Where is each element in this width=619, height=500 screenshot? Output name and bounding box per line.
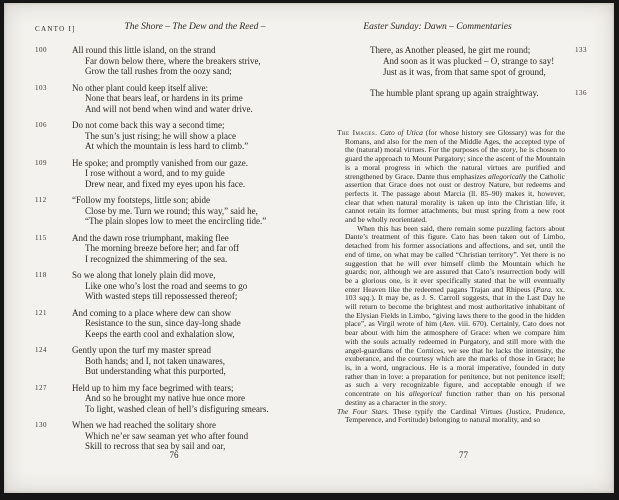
commentary-text: The Four Stars. — [337, 407, 389, 416]
verse-line: The morning breeze before her; and far o… — [72, 243, 315, 254]
verse-tercet: 103 No other plant could keep itself ali… — [33, 83, 315, 115]
verse-lines: All round this little island, on the str… — [72, 45, 315, 77]
verse-lines: So we along that lonely plain did move,L… — [72, 270, 315, 302]
verse-line: “Follow my footsteps, little son; abide — [72, 195, 315, 206]
verse-line: He spoke; and promptly vanished from our… — [72, 158, 315, 169]
verse-line: No other plant could keep itself alive: — [72, 83, 315, 94]
verse-line: Far down below there, where the breakers… — [72, 56, 315, 67]
verse-line-number: 118 — [35, 271, 47, 279]
verse-line: Like one who’s lost the road and seems t… — [72, 281, 315, 292]
verse-line-number: 112 — [35, 196, 47, 204]
verse-lines: No other plant could keep itself alive:N… — [72, 83, 315, 115]
verse-line: And soon as it was plucked – O, strange … — [370, 56, 590, 67]
verse-line-number: 136 — [575, 89, 587, 97]
verse-lines: The humble plant sprang up again straigh… — [370, 88, 590, 99]
verse-lines: There, as Another pleased, he girt me ro… — [370, 45, 590, 78]
verse-tercet: 136 The humble plant sprang up again str… — [337, 88, 590, 99]
verse-lines: Held up to him my face begrimed with tea… — [72, 383, 315, 415]
verse-lines: He spoke; and promptly vanished from our… — [72, 158, 315, 190]
left-page: CANTO I] The Shore – The Dew and the Ree… — [33, 22, 315, 458]
verse-line-number: 103 — [35, 84, 47, 92]
verse-line: But understanding what this purported, — [72, 366, 315, 377]
verse-line: So we along that lonely plain did move, — [72, 270, 315, 281]
verse-line: “The plain slopes low to meet the encirc… — [72, 216, 315, 227]
verse-line: Grow the tall rushes from the oozy sand; — [72, 66, 315, 77]
right-page-number: 77 — [337, 450, 590, 460]
verse-tercet: 124 Gently upon the turf my master sprea… — [33, 345, 315, 377]
verse-line: There, as Another pleased, he girt me ro… — [370, 45, 590, 56]
verse-tercet: 106 Do not come back this way a second t… — [33, 120, 315, 152]
verse-line-number: 127 — [35, 384, 47, 392]
verse-line-number: 115 — [35, 234, 47, 242]
verse-line-number: 130 — [35, 421, 47, 429]
verse-line-number: 124 — [35, 346, 47, 354]
verse-line: Held up to him my face begrimed with tea… — [72, 383, 315, 394]
right-page: Easter Sunday: Dawn – Commentaries 133 T… — [337, 22, 590, 425]
commentary-text: story — [430, 398, 445, 407]
commentary-paragraph: The Images. Cato of Utica (for whose his… — [345, 129, 565, 225]
verse-tercet: 121 And coming to a place where dew can … — [33, 308, 315, 340]
verse-tercet: 118 So we along that lonely plain did mo… — [33, 270, 315, 302]
verse-line: I rose without a word, and to my guide — [72, 168, 315, 179]
commentary-paragraph: When this has been said, there remain so… — [345, 225, 565, 408]
verse-line: All round this little island, on the str… — [72, 45, 315, 56]
verse-line: And the dawn rose triumphant, making fle… — [72, 233, 315, 244]
verse-lines: Do not come back this way a second time;… — [72, 120, 315, 152]
verse-line: When we had reached the solitary shore — [72, 420, 315, 431]
commentary-text: Cato of Utica — [380, 128, 423, 137]
verse-line-number: 133 — [575, 46, 587, 54]
commentary-paragraph: The Four Stars. These typify the Cardina… — [345, 408, 565, 425]
verse-line: At which the mountain is less hard to cl… — [72, 141, 315, 152]
verse-tercet: 133 There, as Another pleased, he girt m… — [337, 45, 590, 78]
verse-line: With wasted steps till repossessed there… — [72, 291, 315, 302]
verse-lines: And coming to a place where dew can show… — [72, 308, 315, 340]
commentary-section: The Images. Cato of Utica (for whose his… — [337, 129, 565, 425]
verse-line: And will not bend when wind and water dr… — [72, 104, 315, 115]
verse-tercet: 100 All round this little island, on the… — [33, 45, 315, 77]
verse-line-number: 121 — [35, 309, 47, 317]
commentary-text: viii. 670). Certainly, Cato does not bea… — [345, 319, 565, 398]
verse-lines: “Follow my footsteps, little son; abideC… — [72, 195, 315, 227]
verse-line: And coming to a place where dew can show — [72, 308, 315, 319]
verse-line: Both hands; and I, not taken unawares, — [72, 356, 315, 367]
verse-line: The humble plant sprang up again straigh… — [370, 88, 590, 99]
commentary-text: sqq. — [359, 293, 371, 302]
commentary-text: Para. — [536, 285, 553, 294]
verse-line: To light, washed clean of hell’s disfigu… — [72, 404, 315, 415]
book-spread: CANTO I] The Shore – The Dew and the Ree… — [4, 3, 614, 493]
verse-lines: Gently upon the turf my master spreadBot… — [72, 345, 315, 377]
verse-tercet: 109 He spoke; and promptly vanished from… — [33, 158, 315, 190]
book-scan-frame: CANTO I] The Shore – The Dew and the Ree… — [0, 0, 619, 500]
verse-tercet: 112 “Follow my footsteps, little son; ab… — [33, 195, 315, 227]
verse-line: Do not come back this way a second time; — [72, 120, 315, 131]
verse-column-left: 100 All round this little island, on the… — [33, 45, 315, 452]
verse-line: I recognized the shimmering of the sea. — [72, 254, 315, 265]
verse-line: Gently upon the turf my master spread — [72, 345, 315, 356]
commentary-text: The Images. — [337, 128, 377, 137]
verse-line: None that bears leaf, or hardens in its … — [72, 93, 315, 104]
verse-line: Close by me. Turn we round; this way,” s… — [72, 206, 315, 217]
verse-line-number: 100 — [35, 46, 47, 54]
commentary-text: Aen. — [442, 319, 456, 328]
verse-line: Resistance to the sun, since day-long sh… — [72, 318, 315, 329]
commentary-text: allegorically — [488, 172, 526, 181]
verse-line: Keeps the earth cool and exhalation slow… — [72, 329, 315, 340]
commentary-text: the Catholic assertion that Grace does n… — [345, 172, 565, 225]
verse-lines: And the dawn rose triumphant, making fle… — [72, 233, 315, 265]
verse-line: Which ne’er saw seaman yet who after fou… — [72, 431, 315, 442]
verse-line: And so he brought my native hue once mor… — [72, 393, 315, 404]
verse-tercet: 127 Held up to him my face begrimed with… — [33, 383, 315, 415]
commentary-text: . — [445, 398, 447, 407]
left-page-number: 76 — [33, 450, 315, 460]
verse-line: Drew near, and fixed my eyes upon his fa… — [72, 179, 315, 190]
commentary-text: story — [501, 145, 516, 154]
commentary-text: allegorical — [409, 389, 442, 398]
verse-column-right: 133 There, as Another pleased, he girt m… — [337, 45, 590, 99]
verse-line: Just as it was, from that same spot of g… — [370, 67, 590, 78]
commentary-text: When this has been said, there remain so… — [345, 224, 565, 294]
left-running-head: CANTO I] The Shore – The Dew and the Ree… — [33, 22, 315, 36]
verse-lines: When we had reached the solitary shoreWh… — [72, 420, 315, 452]
verse-line: The sun’s just rising; he will show a pl… — [72, 131, 315, 142]
verse-line-number: 106 — [35, 121, 47, 129]
canto-label: CANTO I] — [35, 25, 76, 33]
verse-line-number: 109 — [35, 159, 47, 167]
verse-tercet: 130 When we had reached the solitary sho… — [33, 420, 315, 452]
right-running-title: Easter Sunday: Dawn – Commentaries — [337, 22, 590, 32]
verse-tercet: 115 And the dawn rose triumphant, making… — [33, 233, 315, 265]
right-running-head: Easter Sunday: Dawn – Commentaries — [337, 22, 590, 36]
